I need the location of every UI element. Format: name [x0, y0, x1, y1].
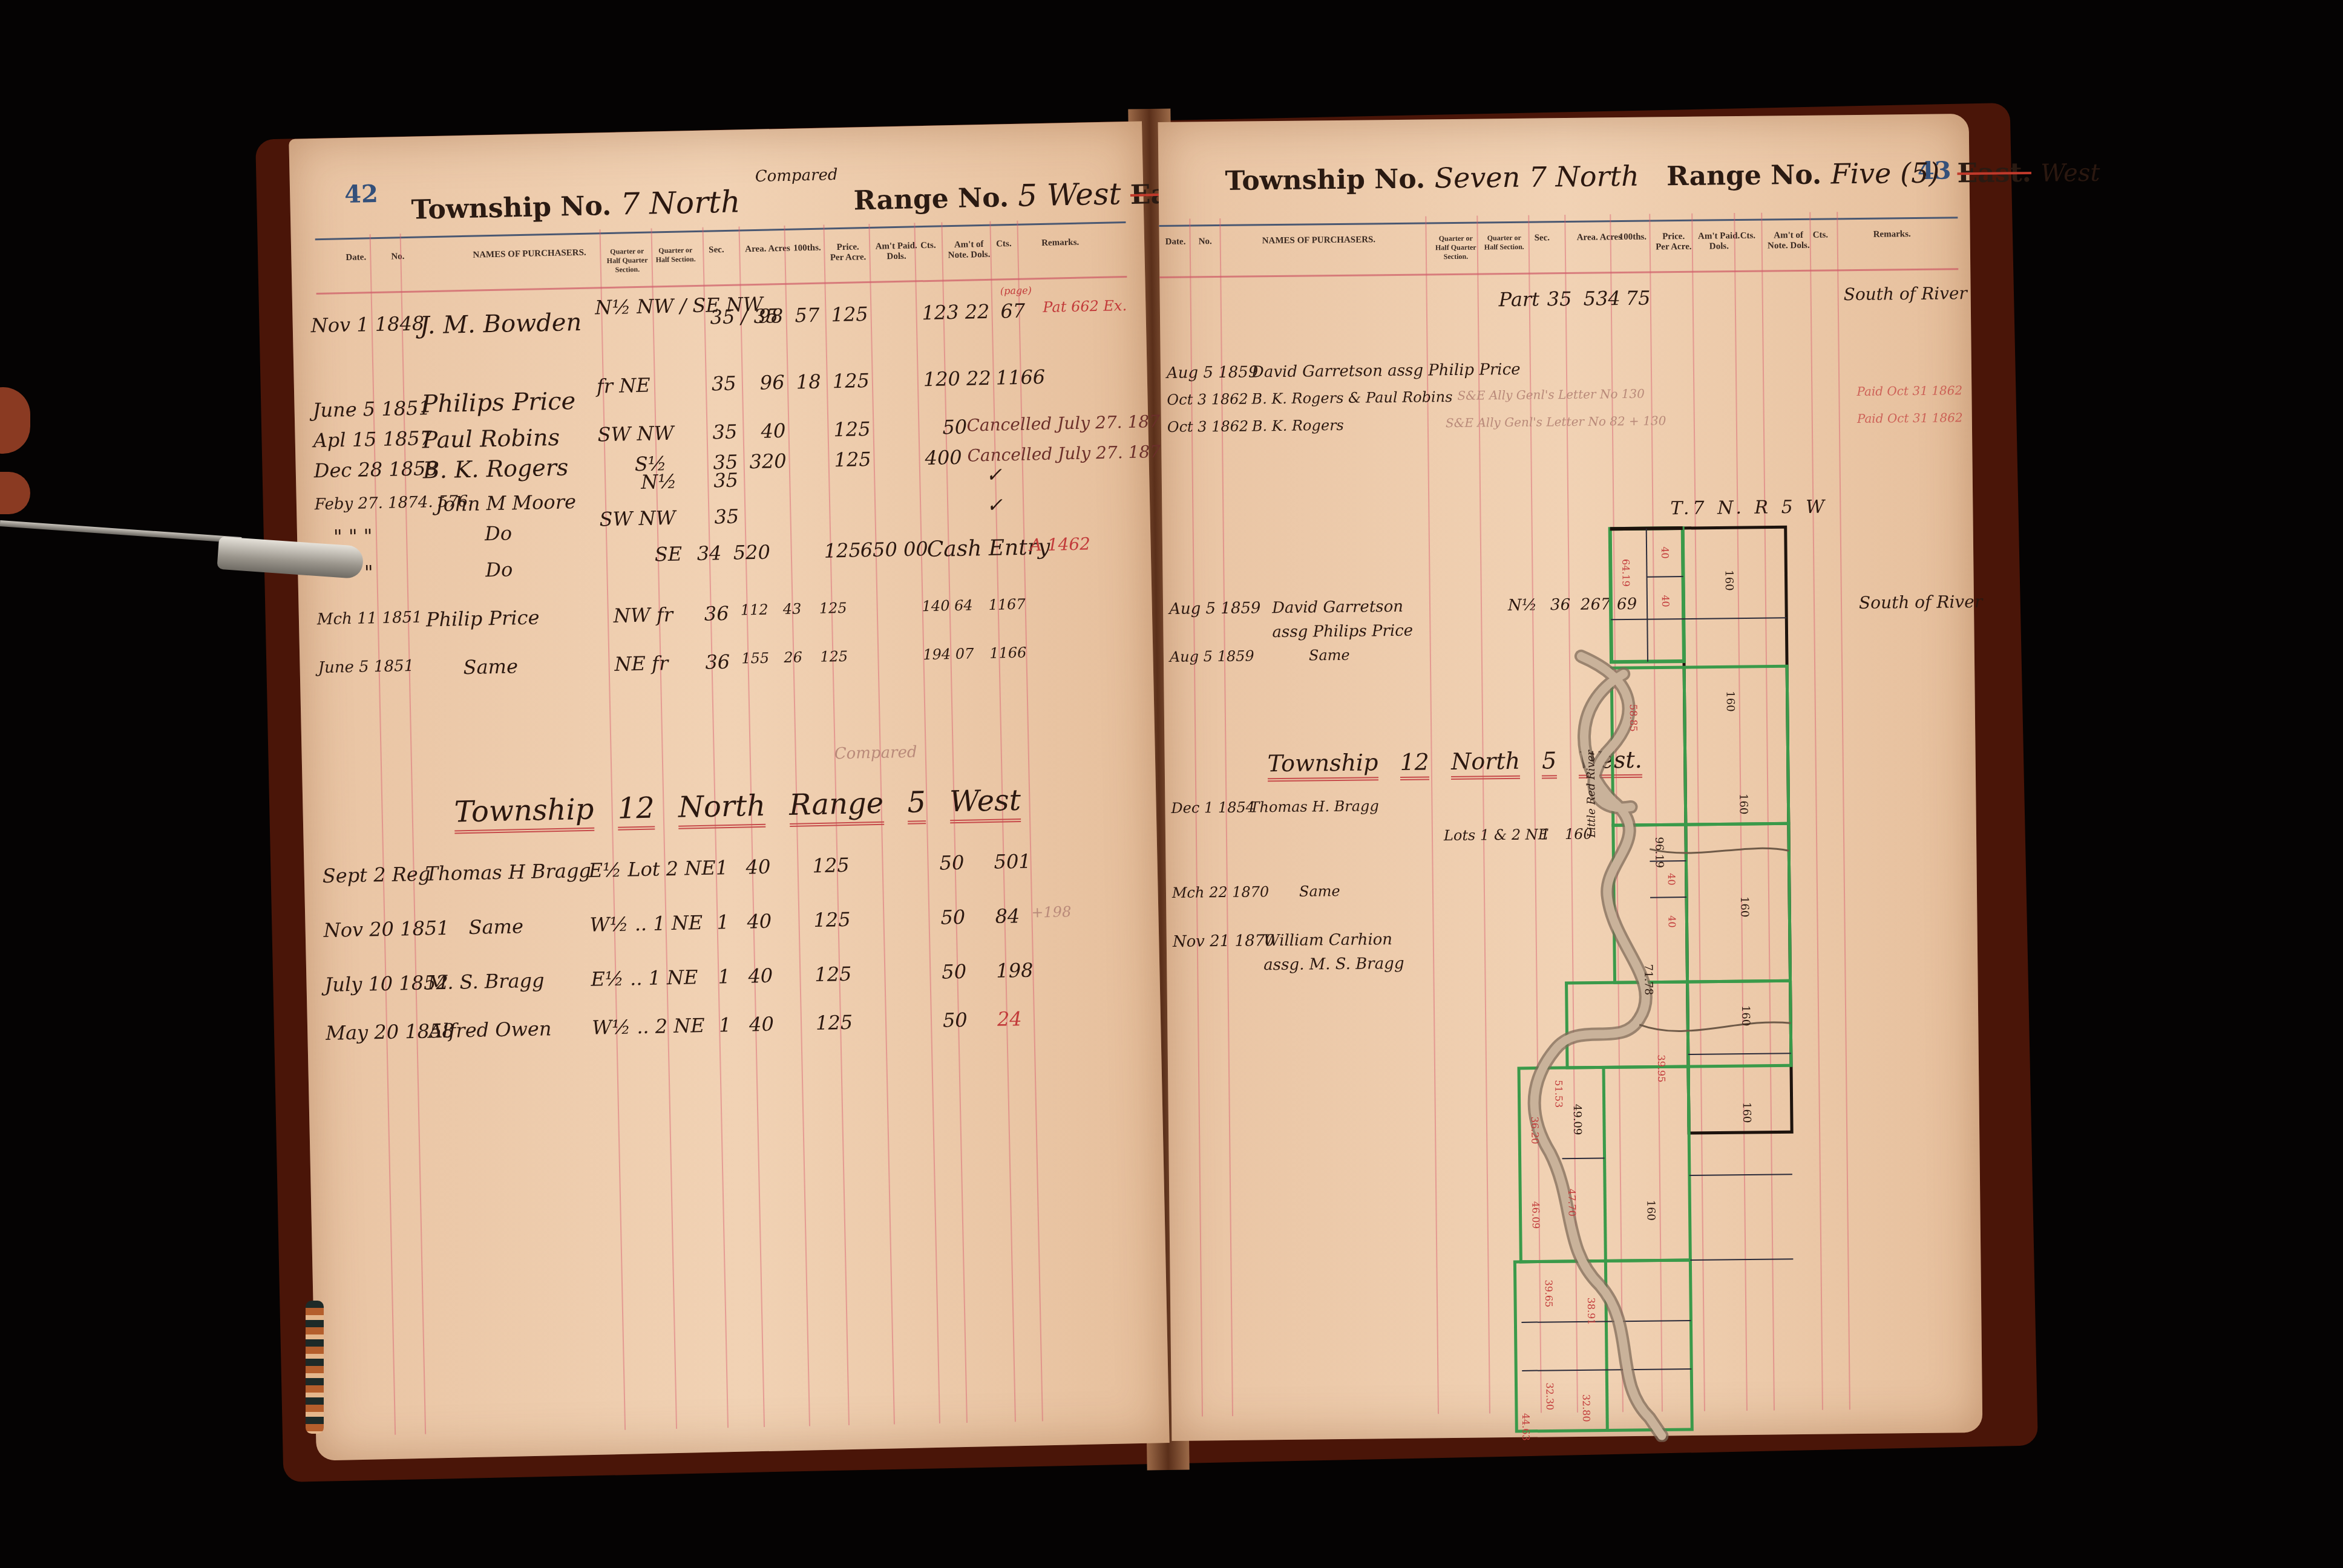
entry-note: 67	[1000, 299, 1026, 323]
col-no: No.	[1199, 237, 1212, 247]
entry-sec: 35	[712, 372, 737, 396]
entry-acres: 155	[741, 650, 769, 667]
entry-name: B. K. Rogers & Paul Robins	[1251, 388, 1452, 407]
entry-name: Same	[1309, 647, 1350, 664]
hand-finger	[0, 472, 30, 514]
entry-sec: 35	[1547, 287, 1572, 310]
entry-quarter: W½ .. 2 NE	[592, 1014, 705, 1039]
svg-text:46.09: 46.09	[1530, 1201, 1541, 1229]
entry-price: 125	[812, 854, 850, 877]
entry-price: 125	[814, 962, 852, 986]
svg-text:51.53: 51.53	[1553, 1080, 1564, 1108]
entry-name: Same	[1299, 883, 1340, 900]
right-page: 43 Township No. Seven 7 North Range No. …	[1158, 114, 1983, 1441]
svg-text:160: 160	[1740, 1102, 1753, 1123]
svg-text:160: 160	[1738, 897, 1751, 918]
entry-hundredths: 26	[784, 648, 802, 666]
col-names: NAMES OF PURCHASERS.	[473, 248, 586, 261]
entry-quarter: N½	[641, 470, 677, 494]
entry-acres: 40	[761, 419, 786, 443]
col-quarter: Quarter or Half Quarter Section.	[606, 247, 649, 275]
entry-price: 125	[820, 648, 848, 665]
entry-note: 24	[997, 1007, 1023, 1031]
svg-text:49.09: 49.09	[1571, 1104, 1584, 1135]
entry-acres: 40	[747, 910, 772, 933]
entry-paid: 50	[940, 906, 966, 929]
col-note: Am't of Note. Dols.	[1765, 230, 1813, 252]
entry-acres: 534	[1584, 287, 1620, 310]
entry-acres: 40	[748, 964, 773, 988]
entry-name: Same	[468, 915, 523, 939]
col-paid-cts: Cts.	[920, 241, 936, 252]
entry-note: 501	[994, 850, 1031, 874]
entry-paid: 123 22	[922, 300, 990, 324]
entry-paid: 50	[942, 416, 968, 439]
svg-text:38.91: 38.91	[1585, 1298, 1597, 1325]
col-paid-cts: Cts.	[1740, 231, 1756, 241]
entry-name: Do	[485, 521, 513, 545]
entry-date: Mch 11 1851	[317, 609, 422, 629]
entry-remarks: Paid Oct 31 1862	[1857, 410, 1963, 426]
left-page: 42 Township No. 7 North Compared Range N…	[289, 121, 1169, 1460]
entry-hundredths: 57	[795, 304, 820, 327]
range-label: Range No.	[1666, 160, 1822, 192]
col-quarter: Quarter or Half Quarter Section.	[1435, 234, 1477, 262]
entry-date: June 5 1851	[312, 396, 431, 422]
entry-paid: 650 00	[860, 537, 928, 561]
col-acres: Area. Acres	[745, 244, 790, 255]
entry-note: 1166	[995, 365, 1045, 390]
svg-text:39.95: 39.95	[1656, 1054, 1667, 1082]
col-hundredths: 100ths.	[1619, 232, 1647, 243]
entry-remarks: Pat 662 Ex.	[1043, 297, 1127, 316]
svg-text:32.30: 32.30	[1544, 1382, 1555, 1410]
entry-quarter: NW fr	[613, 603, 673, 627]
entry-note-label: (page)	[1000, 284, 1032, 296]
entry-quarter: E½ .. 1 NE	[591, 965, 698, 991]
entry-price: 125	[824, 538, 861, 562]
entry-name: Philip Price	[426, 606, 540, 632]
column-line	[1837, 212, 1850, 1410]
svg-text:160: 160	[1737, 794, 1749, 815]
svg-text:40: 40	[1660, 595, 1671, 607]
svg-text:160: 160	[1724, 691, 1737, 712]
township-value: Seven 7 North	[1434, 160, 1639, 195]
entry-date: Oct 3 1862	[1167, 391, 1248, 408]
svg-text:44.63: 44.63	[1520, 1413, 1532, 1441]
col-price: Price. Per Acre.	[1656, 232, 1692, 253]
entry-sec: 1	[719, 1013, 732, 1036]
entry-extra: +198	[1031, 903, 1071, 921]
entry-name: William Carhion	[1263, 930, 1393, 950]
entry-date: Mch 22 1870	[1172, 883, 1270, 901]
entry-sec: 36	[704, 602, 729, 626]
entry-date: Nov 20 1851	[323, 916, 450, 942]
entry-paid: 140 64	[922, 597, 973, 615]
entry-acres: 320	[749, 449, 787, 473]
entry-name-assignment: assg. M. S. Bragg	[1263, 955, 1404, 974]
entry-quarter: E½ Lot 2 NE	[588, 857, 716, 882]
entry-name: John M Moore	[436, 490, 577, 516]
col-hundredths: 100ths.	[793, 243, 821, 254]
svg-text:160: 160	[1739, 1005, 1752, 1027]
col-price: Price. Per Acre.	[830, 242, 867, 263]
entry-remarks: South of River	[1859, 592, 1983, 613]
entry-sec: 35	[712, 420, 738, 444]
col-remarks: Remarks.	[1041, 238, 1079, 249]
entry-quarter: SW NW	[597, 422, 674, 446]
entry-faint-note: S&E Ally Genl's Letter No 130	[1457, 387, 1645, 403]
entry-price: 125	[831, 302, 868, 326]
entry-acres: 112	[740, 601, 768, 619]
svg-text:36.20: 36.20	[1529, 1117, 1541, 1145]
marbled-endpaper	[306, 1301, 324, 1434]
entry-name: Alfred Owen	[428, 1017, 552, 1042]
col-remarks: Remarks.	[1873, 229, 1911, 240]
range-value: Five (5)	[1830, 157, 1939, 191]
entry-note: 1167	[988, 596, 1026, 613]
entry-price: 125	[834, 448, 871, 471]
entry-sec: 1	[715, 856, 728, 879]
col-note-cts: Cts.	[1813, 230, 1829, 240]
survey-map: Little Red River 160 160 160 160 160 160…	[1501, 521, 1801, 1443]
entry-paid: 194 07	[923, 645, 974, 663]
svg-text:40: 40	[1659, 546, 1671, 559]
entry-acres: 98	[758, 304, 784, 328]
svg-text:160: 160	[1722, 570, 1735, 591]
entry-remarks: Paid Oct 31 1862	[1856, 383, 1962, 399]
spatula-handle	[0, 520, 241, 543]
entry-sec: 1	[718, 965, 730, 988]
col-sec: Sec.	[709, 245, 724, 256]
col-names: NAMES OF PURCHASERS.	[1262, 235, 1376, 246]
entry-date: Dec 1 1854	[1171, 799, 1255, 816]
compared-annotation: Compared	[834, 743, 917, 763]
heading-word: Township	[454, 792, 594, 834]
entry-note: 198	[996, 959, 1034, 982]
entry-remarks: Cancelled July 27. 187	[966, 411, 1160, 436]
entry-hundredths: 18	[796, 370, 821, 394]
entry-price: 125	[819, 599, 847, 617]
col-half: Quarter or Half Section.	[1483, 234, 1525, 252]
entry-name: B. K. Rogers	[422, 454, 568, 483]
entry-price: 125	[833, 417, 871, 441]
entry-note: 84	[995, 904, 1020, 928]
entry-name: Philips Price	[421, 387, 576, 418]
entry-date: Aug 5 1859	[1167, 363, 1259, 382]
svg-text:40: 40	[1666, 873, 1677, 886]
col-acres: Area. Acres	[1577, 232, 1622, 243]
svg-text:32.80: 32.80	[1581, 1394, 1592, 1422]
entry-name: Thomas H. Bragg	[1250, 797, 1379, 815]
entry-hundredths: 43	[782, 600, 801, 618]
entry-sec: 35	[714, 505, 739, 529]
col-paid: Am't Paid. Dols.	[875, 241, 918, 262]
svg-text:47.70: 47.70	[1566, 1189, 1578, 1217]
entry-name: Same	[463, 655, 518, 679]
column-line	[1809, 212, 1823, 1410]
heading-word: Range	[789, 786, 884, 827]
entry-acres: 520	[733, 540, 770, 564]
entry-price: 125	[816, 1011, 853, 1034]
col-half: Quarter or Half Section.	[654, 246, 697, 264]
township-value: 7 North	[620, 184, 741, 221]
entry-name: M. S. Bragg	[427, 969, 545, 994]
entry-faint-note: S&E Ally Genl's Letter No 82 + 130	[1446, 413, 1666, 430]
entry-hundredths: 75	[1626, 287, 1651, 310]
entry-sec: 34	[696, 541, 722, 565]
direction-printed: East.	[1957, 157, 2031, 189]
range-value: 5 West	[1018, 176, 1122, 214]
range-label: Range No.	[853, 182, 1009, 216]
entry-name-assignment: assg Philips Price	[1272, 622, 1413, 641]
heading-word: West	[949, 783, 1021, 823]
hand-finger	[0, 387, 30, 454]
entry-date: Apl 15 1857	[313, 426, 432, 452]
col-date: Date.	[1165, 237, 1186, 247]
entry-date: Aug 5 1859	[1170, 647, 1254, 665]
entry-price: 125	[813, 908, 851, 932]
entry-remarks: Cancelled July 27. 187	[967, 442, 1161, 466]
svg-text:40: 40	[1666, 915, 1677, 928]
entry-name: David Garretson assg Philip Price	[1251, 361, 1521, 382]
entry-acres: 96	[759, 371, 785, 394]
entry-date: Dec 28 1858	[313, 457, 438, 482]
heading-word: 5	[907, 785, 926, 825]
svg-text:39.65: 39.65	[1543, 1279, 1555, 1307]
entry-remarks-red: A 1462	[1029, 534, 1090, 555]
svg-text:64.19: 64.19	[1620, 559, 1631, 587]
svg-text:58.85: 58.85	[1628, 704, 1639, 732]
map-title: T.7 N. R 5 W	[1670, 497, 1828, 520]
entry-date: Nov 1 1848	[310, 312, 424, 337]
entry-paid: 400	[925, 446, 962, 469]
entry-quarter: SW NW	[599, 506, 676, 531]
river-label: Little Red River	[1585, 750, 1599, 838]
entry-name: Do	[485, 558, 513, 581]
township-label: Township No.	[1225, 163, 1425, 196]
compared-annotation: Compared	[755, 166, 837, 186]
svg-text:160: 160	[1644, 1200, 1657, 1221]
entry-sec: 36	[705, 650, 730, 674]
entry-sec: 35	[713, 469, 739, 492]
heading-word: 12	[1400, 748, 1429, 780]
entry-date: Aug 5 1859	[1169, 599, 1261, 618]
heading-word: 12	[617, 791, 655, 831]
entry-quarter: W½ .. 1 NE	[589, 911, 703, 936]
entry-date: Sept 2 Reg	[322, 862, 430, 887]
col-date: Date.	[346, 252, 366, 263]
col-note-cts: Cts.	[996, 239, 1012, 250]
entry-remarks: South of River	[1843, 283, 1967, 304]
page-number: 42	[344, 180, 379, 209]
entry-acres: 40	[749, 1013, 775, 1036]
page-header: Township No. Seven 7 North Range No. Fiv…	[1225, 155, 2100, 197]
entry-name: David Garretson	[1272, 598, 1403, 617]
entry-date: Oct 3 1862	[1167, 418, 1249, 436]
direction-handwritten: West	[2040, 159, 2100, 188]
township-label: Township No.	[411, 191, 612, 226]
entry-paid: 50	[943, 1008, 968, 1032]
entry-checkmark: ✓	[986, 493, 1003, 517]
col-note: Am't of Note. Dols.	[945, 240, 994, 261]
entry-checkmark: ✓	[986, 463, 1003, 486]
heading-word: Township	[1268, 749, 1378, 782]
svg-text:96.19: 96.19	[1653, 837, 1666, 868]
entry-acres: 40	[745, 855, 771, 879]
entry-name: Paul Robins	[422, 424, 560, 454]
section-heading: Township 12 North Range 5 West	[454, 783, 1035, 829]
entry-price: 125	[832, 369, 870, 393]
entry-quarter: NE fr	[614, 652, 668, 676]
page-header: Township No. 7 North Compared Range No. …	[411, 174, 1205, 226]
entry-paid: 50	[942, 960, 967, 984]
entry-date: June 5 1851	[318, 657, 414, 677]
entry-name: Thomas H Bragg	[425, 859, 591, 886]
entry-quarter: Part	[1499, 287, 1540, 311]
col-no: No.	[391, 252, 404, 262]
svg-text:71.78: 71.78	[1642, 964, 1655, 996]
entry-name: J. M. Bowden	[419, 309, 582, 340]
entry-name: B. K. Rogers	[1252, 417, 1344, 435]
entry-note: 1166	[989, 644, 1027, 662]
entry-paid: 120 22	[923, 367, 991, 391]
entry-sec: 1	[716, 910, 729, 933]
entry-paid: 50	[939, 851, 965, 875]
entry-quarter: SE	[654, 543, 682, 566]
entry-quarter: fr NE	[597, 374, 650, 398]
entry-date: Nov 21 1870	[1173, 932, 1275, 951]
col-sec: Sec.	[1535, 233, 1550, 243]
heading-word: North	[678, 789, 765, 829]
